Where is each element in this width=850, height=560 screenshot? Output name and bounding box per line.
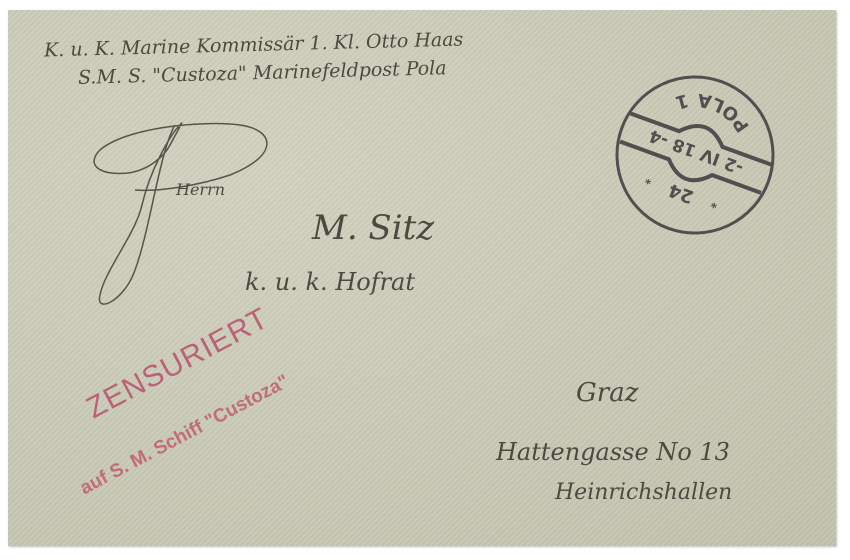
recipient-city: Graz xyxy=(576,378,638,408)
svg-text:*: * xyxy=(643,172,654,188)
recipient-street: Hattengasse No 13 xyxy=(496,438,730,466)
censor-stamp: ZENSURIERT auf S. M. Schiff "Custoza" xyxy=(85,300,375,510)
svg-text:*: * xyxy=(709,196,720,212)
recipient-district: Heinrichshallen xyxy=(555,480,732,505)
recipient-rank: k. u. k. Hofrat xyxy=(245,268,415,296)
sender-line-2: S.M. S. "Custoza" Marinefeldpost Pola xyxy=(78,57,447,89)
recipient-name: M. Sitz xyxy=(312,208,434,248)
sender-line-1: K. u. K. Marine Kommissär 1. Kl. Otto Ha… xyxy=(44,29,464,62)
postmark: -2 IV 18 -4 24 * * POLA 1 xyxy=(612,72,778,238)
postmark-number: 24 xyxy=(666,179,697,207)
salutation: Herrn xyxy=(176,180,225,199)
